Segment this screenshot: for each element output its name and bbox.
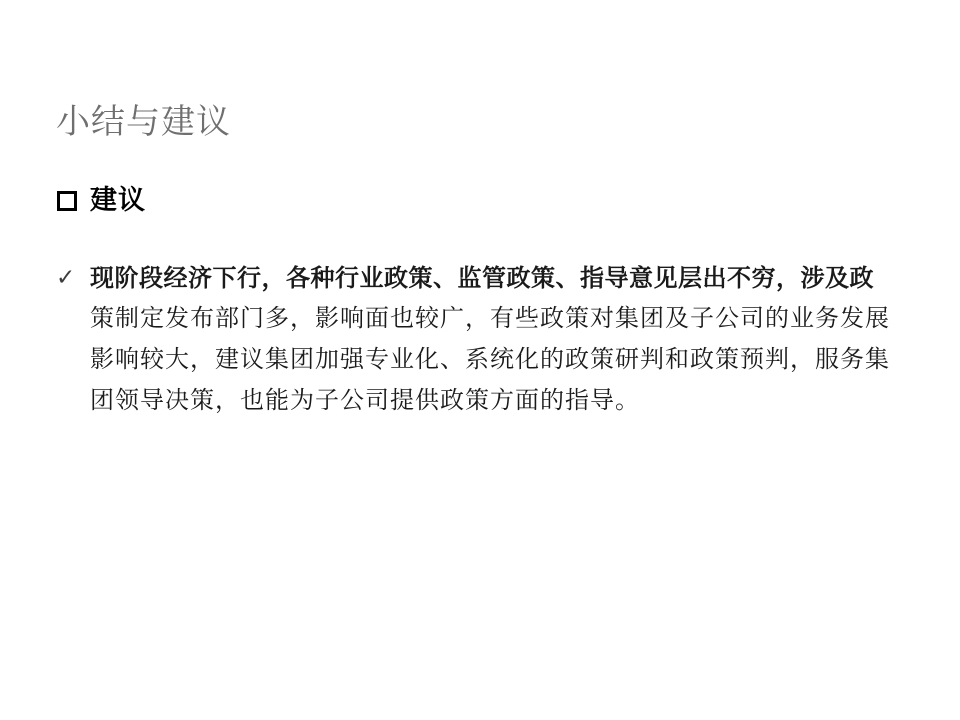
bullet-paragraph: ✓ 现阶段经济下行，各种行业政策、监管政策、指导意见层出不穷，涉及政 策制定发布… (56, 258, 890, 422)
paragraph-line: 现阶段经济下行，各种行业政策、监管政策、指导意见层出不穷，涉及政 (90, 258, 890, 299)
slide-title: 小结与建议 (56, 102, 231, 143)
section-header: 建议 (57, 186, 146, 216)
checkmark-bullet-icon: ✓ (56, 258, 90, 299)
square-bullet-icon (57, 191, 77, 211)
paragraph-line: 策制定发布部门多，影响面也较广，有些政策对集团及子公司的业务发展 (90, 299, 890, 340)
paragraph-line: 影响较大，建议集团加强专业化、系统化的政策研判和政策预判，服务集 (90, 340, 890, 381)
slide-canvas: 小结与建议 建议 ✓ 现阶段经济下行，各种行业政策、监管政策、指导意见层出不穷，… (0, 0, 960, 720)
paragraph-lines: 现阶段经济下行，各种行业政策、监管政策、指导意见层出不穷，涉及政 策制定发布部门… (90, 258, 890, 422)
paragraph-line: 团领导决策，也能为子公司提供政策方面的指导。 (90, 381, 890, 422)
section-title: 建议 (90, 186, 146, 216)
